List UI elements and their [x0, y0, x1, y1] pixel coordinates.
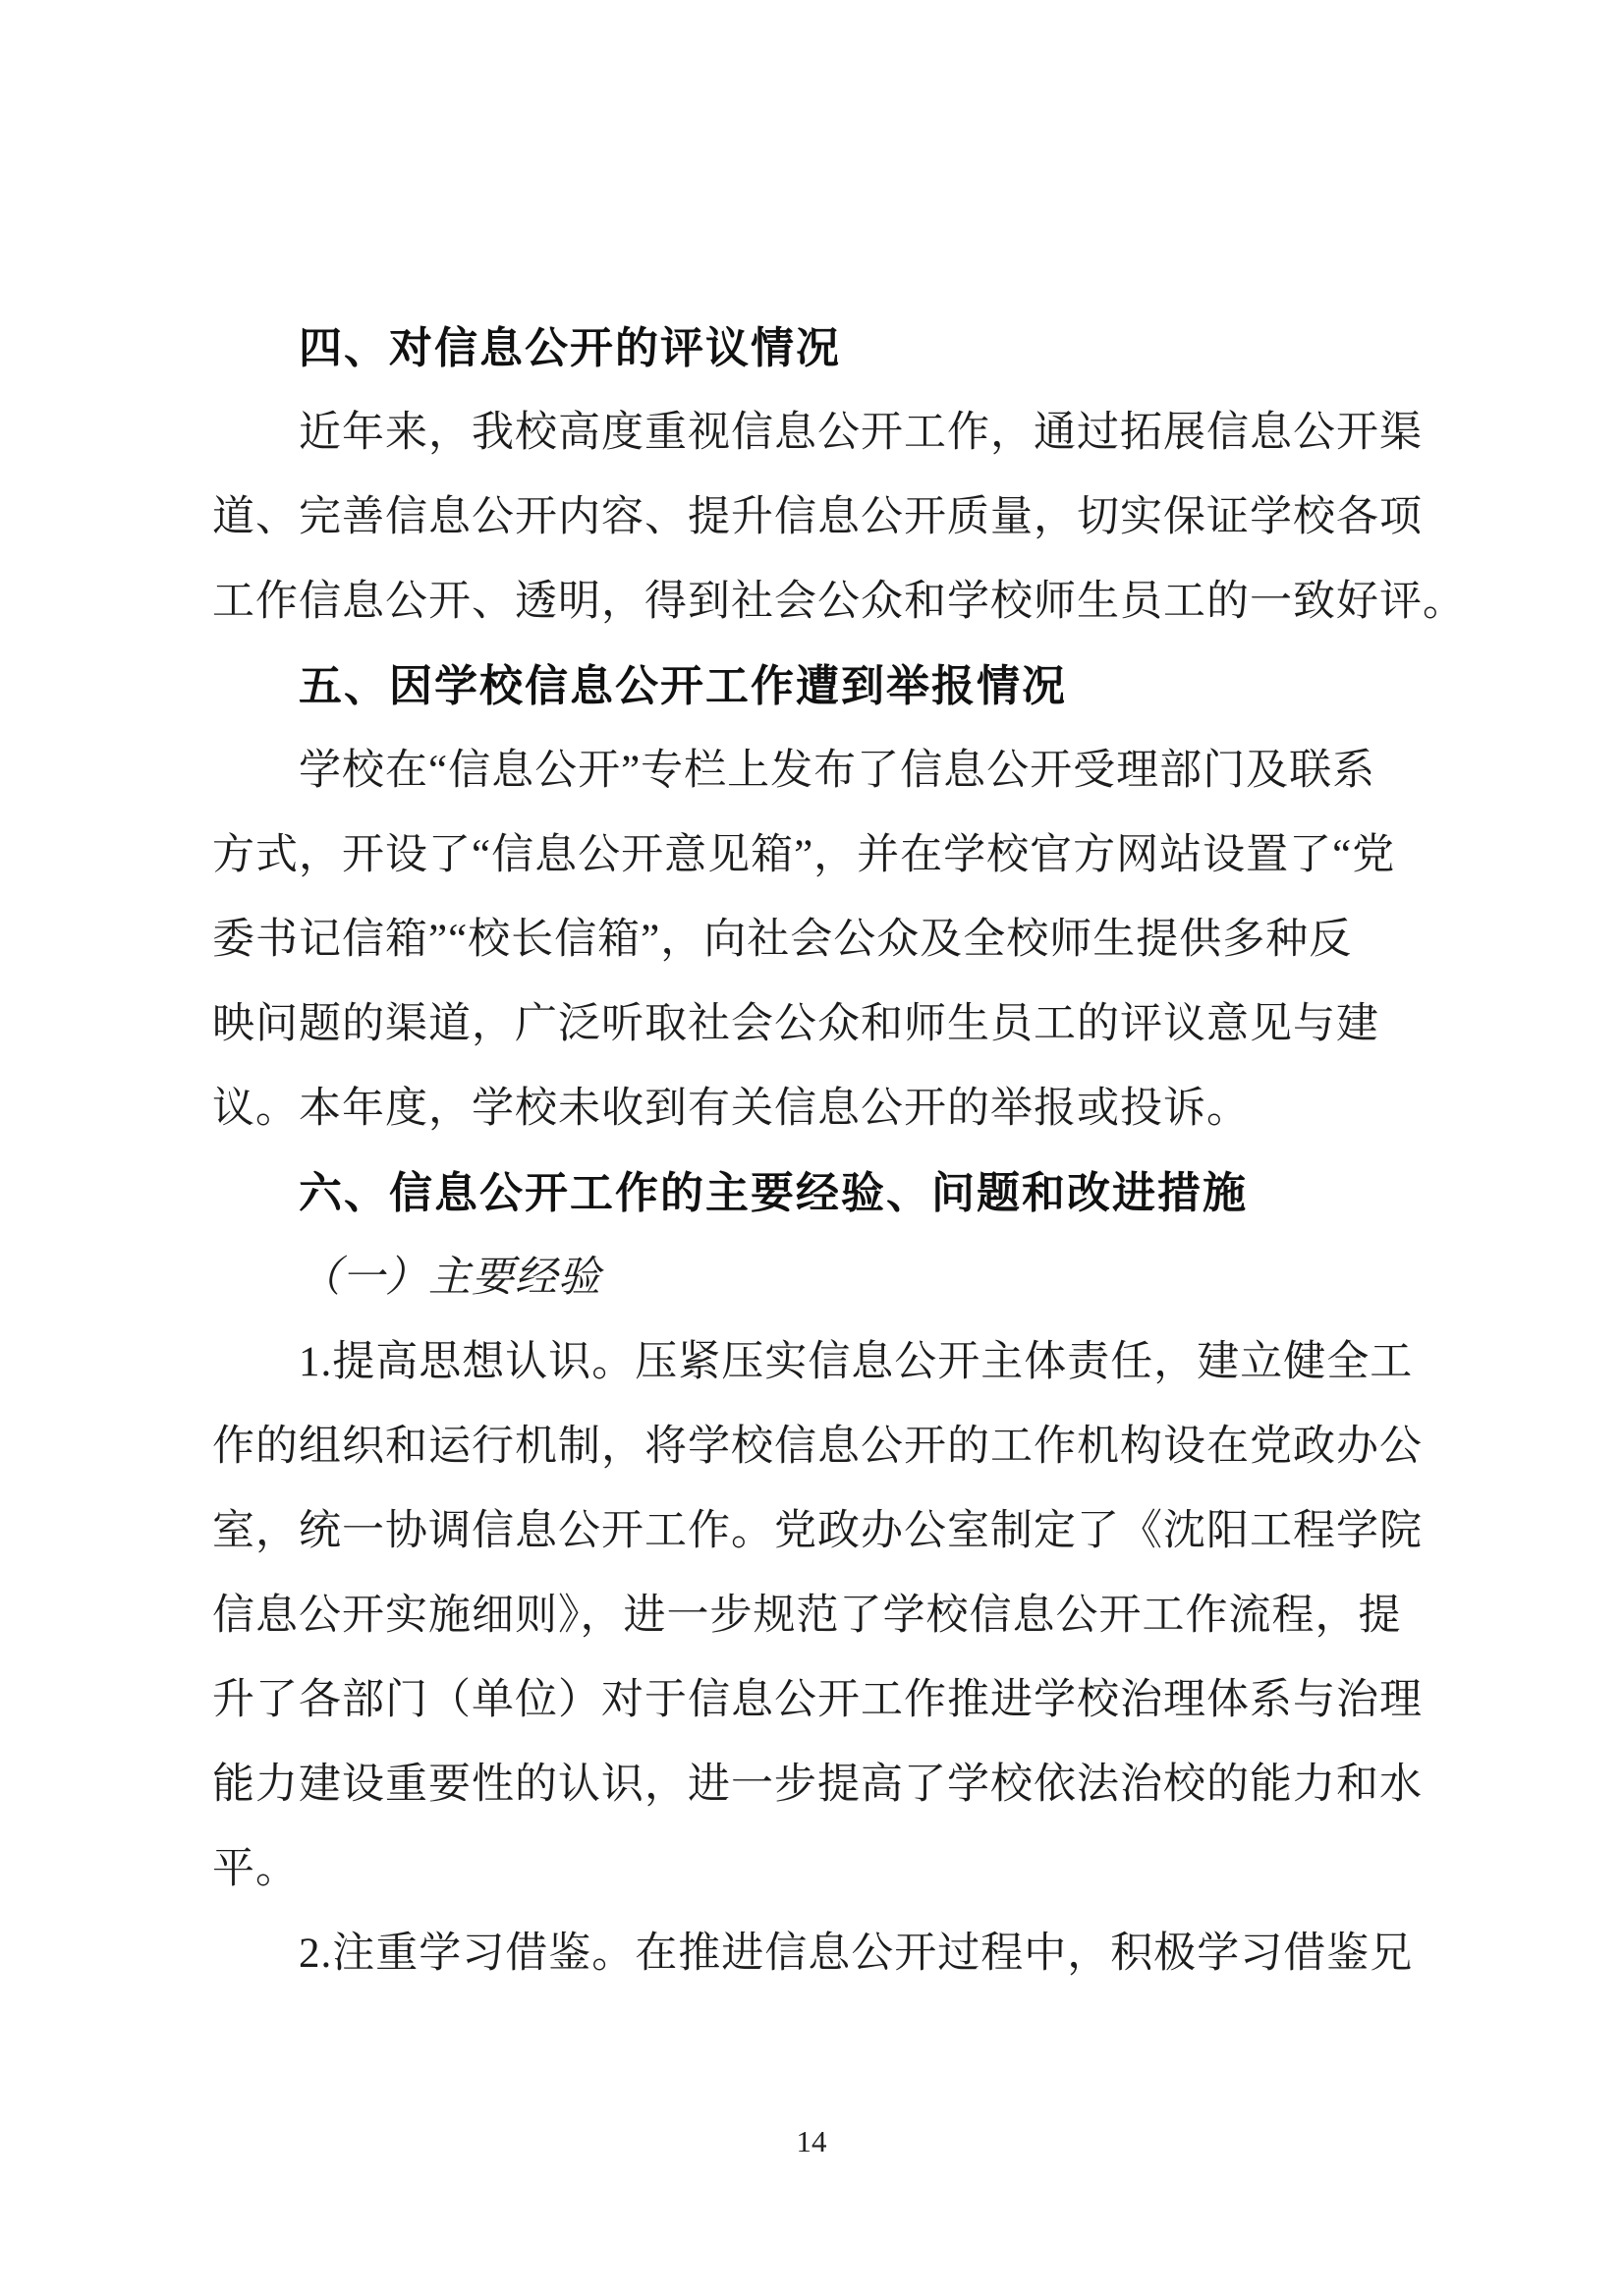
page-number: 14 [0, 2124, 1623, 2159]
section-5-paragraph-line: 映问题的渠道，广泛听取社会公众和师生员工的评议意见与建 [212, 982, 1450, 1067]
section-6-heading-line: 六、信息公开工作的主要经验、问题和改进措施 [212, 1151, 1450, 1236]
section-5-heading-line: 五、因学校信息公开工作遭到举报情况 [212, 644, 1450, 729]
document-page: 四、对信息公开的评议情况近年来，我校高度重视信息公开工作，通过拓展信息公开渠道、… [0, 0, 1623, 2296]
section-6-subheading-1-line: （一）主要经验 [212, 1236, 1450, 1320]
experience-item-1-paragraph-line: 能力建设重要性的认识，进一步提高了学校依法治校的能力和水 [212, 1743, 1450, 1827]
experience-item-1-paragraph-line: 信息公开实施细则》，进一步规范了学校信息公开工作流程，提 [212, 1574, 1450, 1658]
experience-item-1-paragraph-line: 室，统一协调信息公开工作。党政办公室制定了《沈阳工程学院 [212, 1489, 1450, 1574]
section-4-paragraph-line: 近年来，我校高度重视信息公开工作，通过拓展信息公开渠 [212, 391, 1450, 476]
section-5-paragraph-line: 学校在“信息公开”专栏上发布了信息公开受理部门及联系 [212, 729, 1450, 813]
section-4-heading-line: 四、对信息公开的评议情况 [212, 307, 1450, 391]
experience-item-1-paragraph-line: 升了各部门（单位）对于信息公开工作推进学校治理体系与治理 [212, 1658, 1450, 1743]
experience-item-1-paragraph-line: 1.提高思想认识。压紧压实信息公开主体责任，建立健全工 [212, 1320, 1450, 1405]
section-4-paragraph-line: 工作信息公开、透明，得到社会公众和学校师生员工的一致好评。 [212, 560, 1450, 644]
section-4-paragraph-line: 道、完善信息公开内容、提升信息公开质量，切实保证学校各项 [212, 476, 1450, 560]
experience-item-1-paragraph-line: 平。 [212, 1827, 1450, 1912]
section-5-paragraph-line: 议。本年度，学校未收到有关信息公开的举报或投诉。 [212, 1067, 1450, 1151]
section-5-paragraph-line: 委书记信箱”“校长信箱”，向社会公众及全校师生提供多种反 [212, 898, 1450, 982]
experience-item-1-paragraph-line: 作的组织和运行机制，将学校信息公开的工作机构设在党政办公 [212, 1405, 1450, 1489]
section-5-paragraph-line: 方式，开设了“信息公开意见箱”，并在学校官方网站设置了“党 [212, 813, 1450, 898]
experience-item-2-paragraph-line: 2.注重学习借鉴。在推进信息公开过程中，积极学习借鉴兄 [212, 1912, 1450, 1996]
text-block: 四、对信息公开的评议情况近年来，我校高度重视信息公开工作，通过拓展信息公开渠道、… [212, 307, 1450, 1996]
